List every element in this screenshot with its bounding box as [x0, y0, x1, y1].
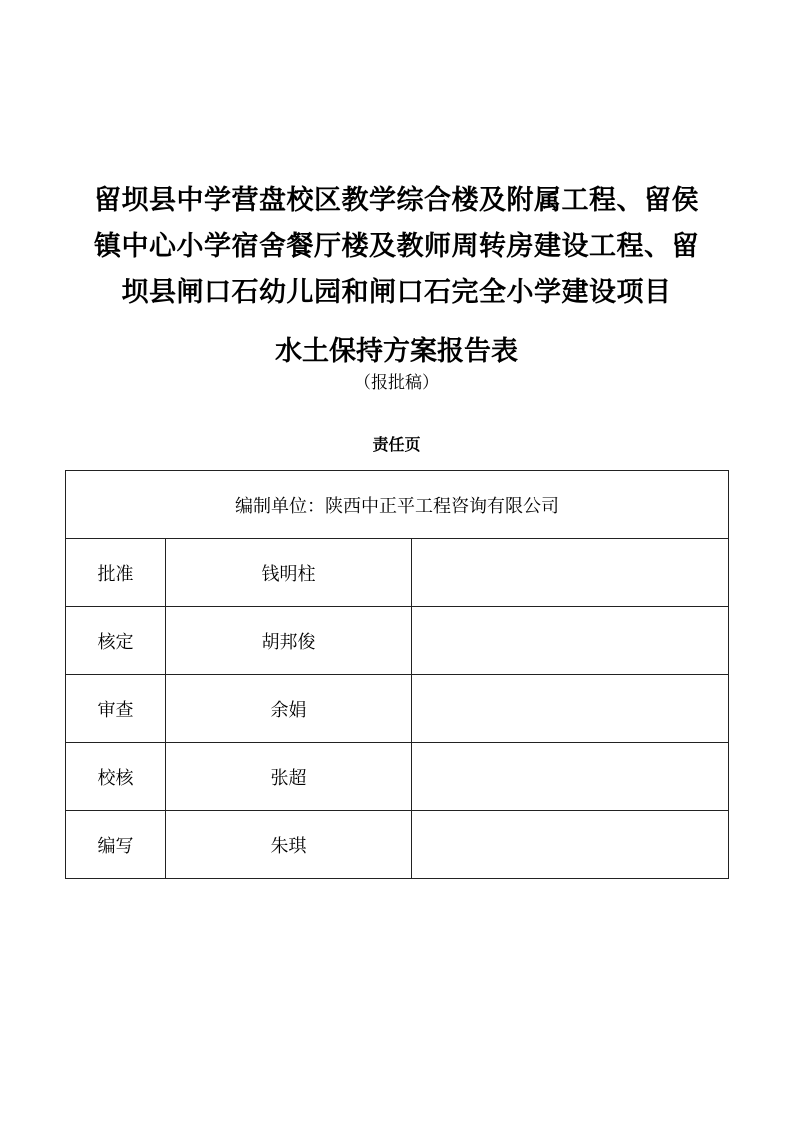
- signature-cell: [412, 743, 729, 811]
- table-row-unit: 编制单位：陕西中正平工程咨询有限公司: [66, 471, 729, 539]
- table-row: 编写 朱琪: [66, 811, 729, 879]
- role-cell: 审查: [66, 675, 166, 743]
- table-row: 审查 余娟: [66, 675, 729, 743]
- title-line: 坝县闸口石幼儿园和闸口石完全小学建设项目: [60, 270, 733, 316]
- name-cell: 钱明柱: [166, 539, 412, 607]
- role-cell: 编写: [66, 811, 166, 879]
- draft-note: （报批稿）: [0, 371, 793, 395]
- table-row: 批准 钱明柱: [66, 539, 729, 607]
- compiling-unit-cell: 编制单位：陕西中正平工程咨询有限公司: [66, 471, 729, 539]
- section-heading: 责任页: [0, 434, 793, 456]
- signature-cell: [412, 539, 729, 607]
- role-cell: 校核: [66, 743, 166, 811]
- name-cell: 胡邦俊: [166, 607, 412, 675]
- title-line: 留坝县中学营盘校区教学综合楼及附属工程、留侯: [60, 178, 733, 224]
- role-cell: 核定: [66, 607, 166, 675]
- signature-cell: [412, 811, 729, 879]
- project-title: 留坝县中学营盘校区教学综合楼及附属工程、留侯 镇中心小学宿舍餐厅楼及教师周转房建…: [60, 178, 733, 316]
- report-type-title: 水土保持方案报告表: [0, 334, 793, 370]
- name-cell: 张超: [166, 743, 412, 811]
- name-cell: 朱琪: [166, 811, 412, 879]
- signature-cell: [412, 607, 729, 675]
- table-row: 校核 张超: [66, 743, 729, 811]
- title-line: 镇中心小学宿舍餐厅楼及教师周转房建设工程、留: [60, 224, 733, 270]
- signature-cell: [412, 675, 729, 743]
- name-cell: 余娟: [166, 675, 412, 743]
- table-row: 核定 胡邦俊: [66, 607, 729, 675]
- responsibility-table: 编制单位：陕西中正平工程咨询有限公司 批准 钱明柱 核定 胡邦俊 审查 余娟 校…: [65, 470, 729, 879]
- role-cell: 批准: [66, 539, 166, 607]
